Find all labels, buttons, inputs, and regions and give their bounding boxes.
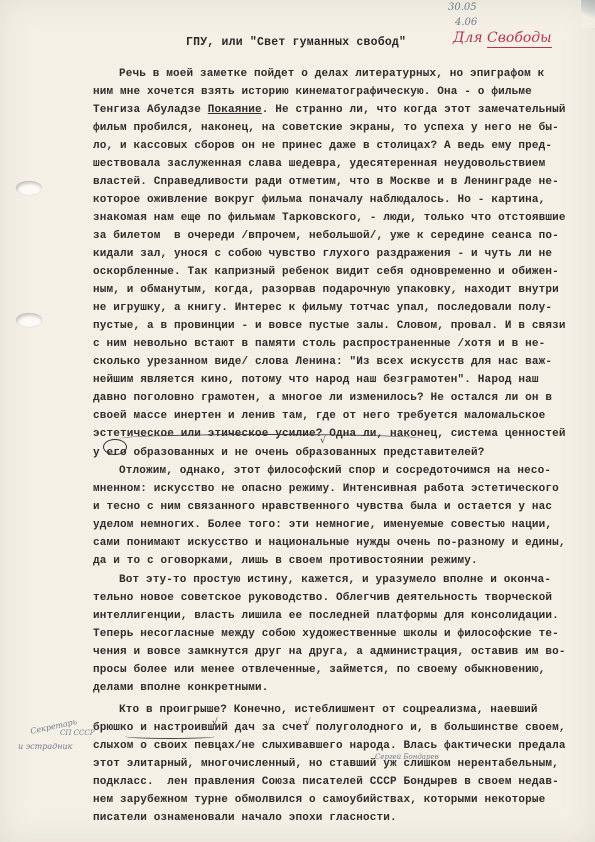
- document-title: ГПУ, или "Свет гуманных свобод": [186, 36, 406, 49]
- text-line: ло, и кассовых сборов он не принес даже …: [93, 140, 552, 153]
- document-page: 30.05 4.06 Для Свободы ГПУ, или "Свет гу…: [0, 0, 595, 842]
- text-line: Отложим, однако, этот философский спор и…: [119, 465, 551, 478]
- text-line: Кто в проигрыше? Конечно, истеблишмент о…: [119, 704, 538, 717]
- text-line: и тесно с ним связанного нравственного ч…: [93, 501, 552, 514]
- handwritten-red-note: Для Свободы: [453, 30, 552, 46]
- red-note-underlined: Свободы: [487, 30, 552, 48]
- page-corner-fold: [581, 0, 595, 28]
- text-line: у его образованных и не очень образованн…: [93, 447, 485, 460]
- underlined-film-title: Покаяние: [208, 104, 262, 116]
- handwritten-date: 30.05: [448, 2, 477, 13]
- text-line: кидали зал, унося с собою чувство глухог…: [93, 248, 552, 261]
- text-line: подкласс. лен правления Союза писателей …: [93, 776, 559, 789]
- text-line: сколько урезанном виде/ слова Ленина: "И…: [93, 356, 552, 369]
- text-line: интеллигенции, власть лишила ее последне…: [93, 610, 559, 623]
- text-line: Речь в моей заметке пойдет о делах литер…: [119, 68, 544, 81]
- pen-check-mark: √: [212, 718, 218, 728]
- text-line: своей массе инертен и ленив там, где от …: [93, 410, 545, 423]
- text-line: нем зарубежном турне обмолвился о самоуб…: [93, 794, 545, 807]
- text-line: с ним невольно встают в памяти столь рас…: [93, 338, 545, 351]
- text-line: ним мне хочется взять историю кинематогр…: [93, 86, 532, 99]
- text-line: уделом немногих. Более того: эти немноги…: [93, 519, 552, 532]
- handwritten-date: 4.06: [455, 17, 477, 28]
- pen-check-mark: √: [305, 718, 311, 728]
- text-line: Тенгиза Абуладзе Покаяние. Не странно ли…: [93, 104, 566, 117]
- text-line: ным, и обманутым, когда, разорвав подаро…: [93, 284, 559, 297]
- red-note-prefix: Для: [453, 30, 483, 46]
- text-line: писатели ознаменовали начало эпохи гласн…: [93, 812, 397, 825]
- text-line: пустые, а в провинции - и вовсе пустые з…: [93, 320, 566, 333]
- text-line: нейшим является кино, потому что народ н…: [93, 374, 539, 387]
- pen-check-mark: √: [320, 436, 326, 446]
- text-line: за билетом в очереди /впрочем, небольшой…: [93, 230, 559, 243]
- pen-underline-mark: [125, 734, 215, 739]
- text-line: этот элитарный, многочисленный, но ставш…: [93, 758, 559, 771]
- text-line: просы более или менее отвлеченные, займе…: [93, 664, 545, 677]
- text-line: слыхом о своих певцах/не слыхивавшего на…: [93, 740, 566, 753]
- text-line: тельно новое советское руководство. Обле…: [93, 592, 552, 605]
- text-line: фильм пробился, наконец, на советские эк…: [93, 122, 559, 135]
- punch-hole: [16, 181, 42, 195]
- text-line: властей. Справедливости ради отметим, чт…: [93, 176, 559, 189]
- margin-note: СП СССР: [60, 729, 94, 737]
- margin-note: и эстрадник: [18, 742, 72, 751]
- text-line: мненном: искусство не опасно режиму. Инт…: [93, 483, 559, 496]
- text-line: оскорбленные. Так капризный ребенок види…: [93, 266, 559, 279]
- text-line: давно поголовно грамотен, а многое ли из…: [93, 392, 552, 405]
- pen-curve-mark: [120, 434, 420, 443]
- punch-hole: [16, 313, 42, 327]
- text-line: Теперь несогласные между собою художеств…: [93, 628, 559, 641]
- text-line: шествовала заслуженная слава шедевра, уд…: [93, 158, 545, 171]
- text-line: чения и вовсе замкнутся друг на друга, а…: [93, 646, 566, 659]
- text-line: делами вполне конкретными.: [93, 682, 269, 695]
- text-line: сами понимают искусство и национальные н…: [93, 537, 566, 550]
- text-line: которое оживление вокруг фильма поначалу…: [93, 194, 545, 207]
- inline-handwritten-note: Сергей Бондарев: [375, 753, 439, 761]
- text-line: знакомая нам еще по фильмам Тарковского,…: [93, 212, 566, 225]
- text-line: да и то с оговорками, лишь в своем проти…: [93, 555, 478, 568]
- text-line: не игрушку, а книгу. Интерес к фильму то…: [93, 302, 552, 315]
- text-line: Вот эту-то простую истину, кажется, и ур…: [119, 574, 551, 587]
